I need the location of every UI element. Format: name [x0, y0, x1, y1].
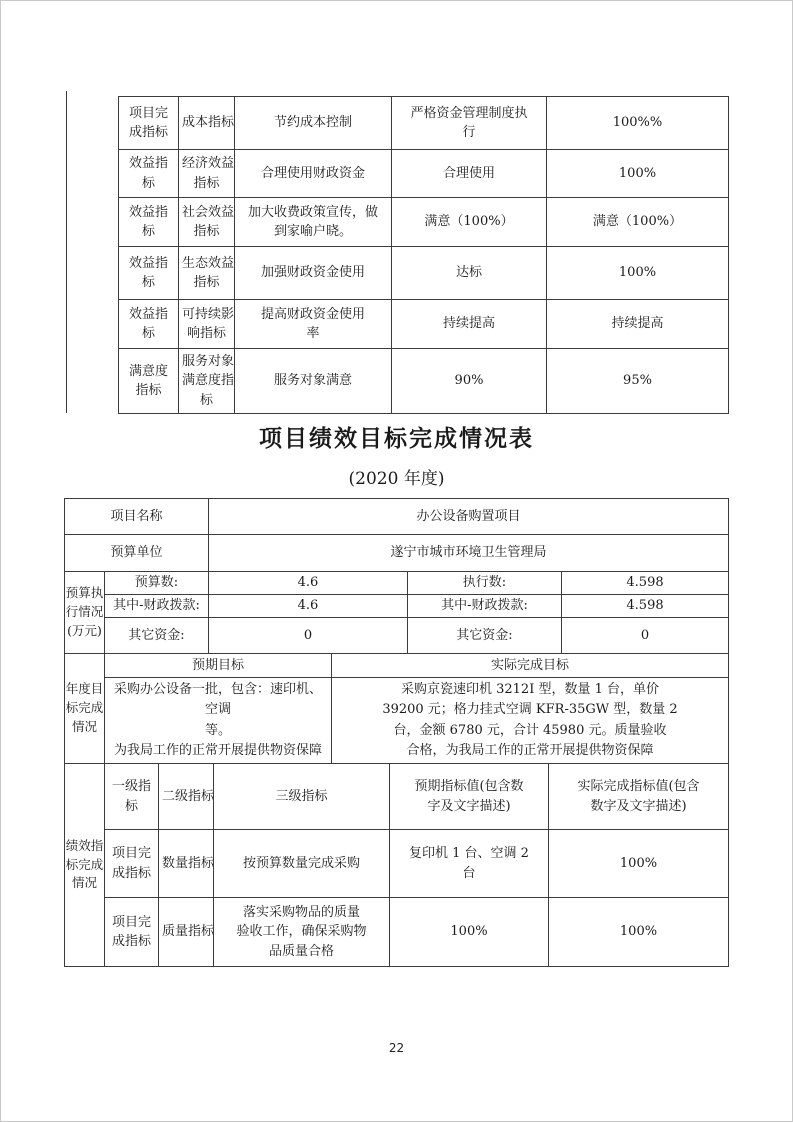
- table-cell: 落实采购物品的质量 验收工作，确保采购物 品质量合格: [214, 898, 390, 967]
- page-number: 22: [1, 1041, 792, 1055]
- performance-indicators-section: 绩效指 标完成 情况 一级指 标 二级指标 三级指标 预期指标值(包含数 字及文…: [64, 763, 729, 967]
- table-cell: 节约成本控制: [235, 97, 392, 150]
- annual-goal-label: 年度目 标完成 情况: [65, 654, 105, 764]
- table-cell: 其它资金:: [408, 618, 562, 654]
- table-cell: 4.6: [209, 595, 408, 618]
- project-performance-table: 项目名称 办公设备购置项目 预算单位 遂宁市城市环境卫生管理局 预算执 行情况 …: [64, 498, 728, 967]
- table-cell: 按预算数量完成采购: [214, 830, 390, 898]
- table-cell: 4.6: [209, 572, 408, 595]
- table-cell: 服务对象满意: [235, 349, 392, 414]
- actual-goal-text: 采购京瓷速印机 3212I 型，数量 1 台，单价 39200 元；格力挂式空调…: [332, 678, 729, 764]
- budget-execution-label: 预算执 行情况 (万元): [65, 572, 105, 654]
- budget-execution-section: 预算执 行情况 (万元) 预算数: 4.6 执行数: 4.598 其中-财政拨款…: [64, 571, 729, 654]
- table-cell: 数量指标: [159, 830, 214, 898]
- table-cell: 合理使用财政资金: [235, 150, 392, 198]
- budget-unit-label: 预算单位: [65, 535, 209, 572]
- document-page: 项目完 成指标 成本指标 节约成本控制 严格资金管理制度执 行 100%% 效益…: [0, 0, 793, 1122]
- table-cell: 项目完 成指标: [119, 97, 179, 150]
- table-cell: 经济效益 指标: [179, 150, 235, 198]
- table-cell: 100%: [390, 898, 549, 967]
- column-header: 三级指标: [214, 764, 390, 830]
- table-cell: 项目完 成指标: [105, 898, 159, 967]
- table-cell: 100%: [547, 247, 729, 300]
- table-cell: 其中-财政拨款:: [408, 595, 562, 618]
- table-cell: 满意度 指标: [119, 349, 179, 414]
- performance-indicators-label: 绩效指 标完成 情况: [65, 764, 105, 967]
- table-cell: 服务对象 满意度指 标: [179, 349, 235, 414]
- table-cell: 达标: [392, 247, 547, 300]
- table-cell: 社会效益 指标: [179, 198, 235, 247]
- page-subtitle: (2020 年度): [1, 464, 792, 489]
- column-header: 预期指标值(包含数 字及文字描述): [390, 764, 549, 830]
- performance-indicator-table-fragment: 项目完 成指标 成本指标 节约成本控制 严格资金管理制度执 行 100%% 效益…: [118, 96, 729, 414]
- table-cell: 提高财政资金使用 率: [235, 300, 392, 349]
- table-cell: 持续提高: [547, 300, 729, 349]
- table-cell: 效益指 标: [119, 150, 179, 198]
- table-cell: 生态效益 指标: [179, 247, 235, 300]
- project-name-label: 项目名称: [65, 499, 209, 535]
- budget-unit-value: 遂宁市城市环境卫生管理局: [209, 535, 729, 572]
- table-cell: 0: [209, 618, 408, 654]
- table-left-border-line: [66, 91, 67, 413]
- table-cell: 100%%: [547, 97, 729, 150]
- table-cell: 执行数:: [408, 572, 562, 595]
- column-header: 实际完成指标值(包含 数字及文字描述): [549, 764, 729, 830]
- column-header: 二级指标: [159, 764, 214, 830]
- column-header: 一级指 标: [105, 764, 159, 830]
- table-cell: 其中-财政拨款:: [105, 595, 209, 618]
- table-cell: 效益指 标: [119, 198, 179, 247]
- table-cell: 可持续影 响指标: [179, 300, 235, 349]
- table-cell: 预算数:: [105, 572, 209, 595]
- table-cell: 4.598: [562, 595, 729, 618]
- table-cell: 其它资金:: [105, 618, 209, 654]
- table-cell: 90%: [392, 349, 547, 414]
- table-cell: 100%: [547, 150, 729, 198]
- table-cell: 满意（100%）: [547, 198, 729, 247]
- project-name-value: 办公设备购置项目: [209, 499, 729, 535]
- actual-goal-header: 实际完成目标: [332, 654, 729, 678]
- table-cell: 加大收费政策宣传，做 到家喻户晓。: [235, 198, 392, 247]
- table-cell: 0: [562, 618, 729, 654]
- table-cell: 合理使用: [392, 150, 547, 198]
- table-cell: 持续提高: [392, 300, 547, 349]
- table-cell: 严格资金管理制度执 行: [392, 97, 547, 150]
- table-cell: 4.598: [562, 572, 729, 595]
- project-info-section: 项目名称 办公设备购置项目 预算单位 遂宁市城市环境卫生管理局: [64, 498, 729, 572]
- annual-goal-section: 年度目 标完成 情况 预期目标 实际完成目标 采购办公设备一批，包含：速印机、空…: [64, 653, 729, 764]
- table-cell: 100%: [549, 830, 729, 898]
- table-cell: 加强财政资金使用: [235, 247, 392, 300]
- table-cell: 满意（100%）: [392, 198, 547, 247]
- table-cell: 95%: [547, 349, 729, 414]
- expected-goal-text: 采购办公设备一批，包含：速印机、空调 等。为我局工作的正常开展提供物资保障: [105, 678, 332, 764]
- table-cell: 效益指 标: [119, 247, 179, 300]
- table-cell: 100%: [549, 898, 729, 967]
- table-cell: 效益指 标: [119, 300, 179, 349]
- table-cell: 质量指标: [159, 898, 214, 967]
- table-cell: 成本指标: [179, 97, 235, 150]
- table-cell: 项目完 成指标: [105, 830, 159, 898]
- expected-goal-header: 预期目标: [105, 654, 332, 678]
- page-title: 项目绩效目标完成情况表: [1, 420, 792, 453]
- table-cell: 复印机 1 台、空调 2 台: [390, 830, 549, 898]
